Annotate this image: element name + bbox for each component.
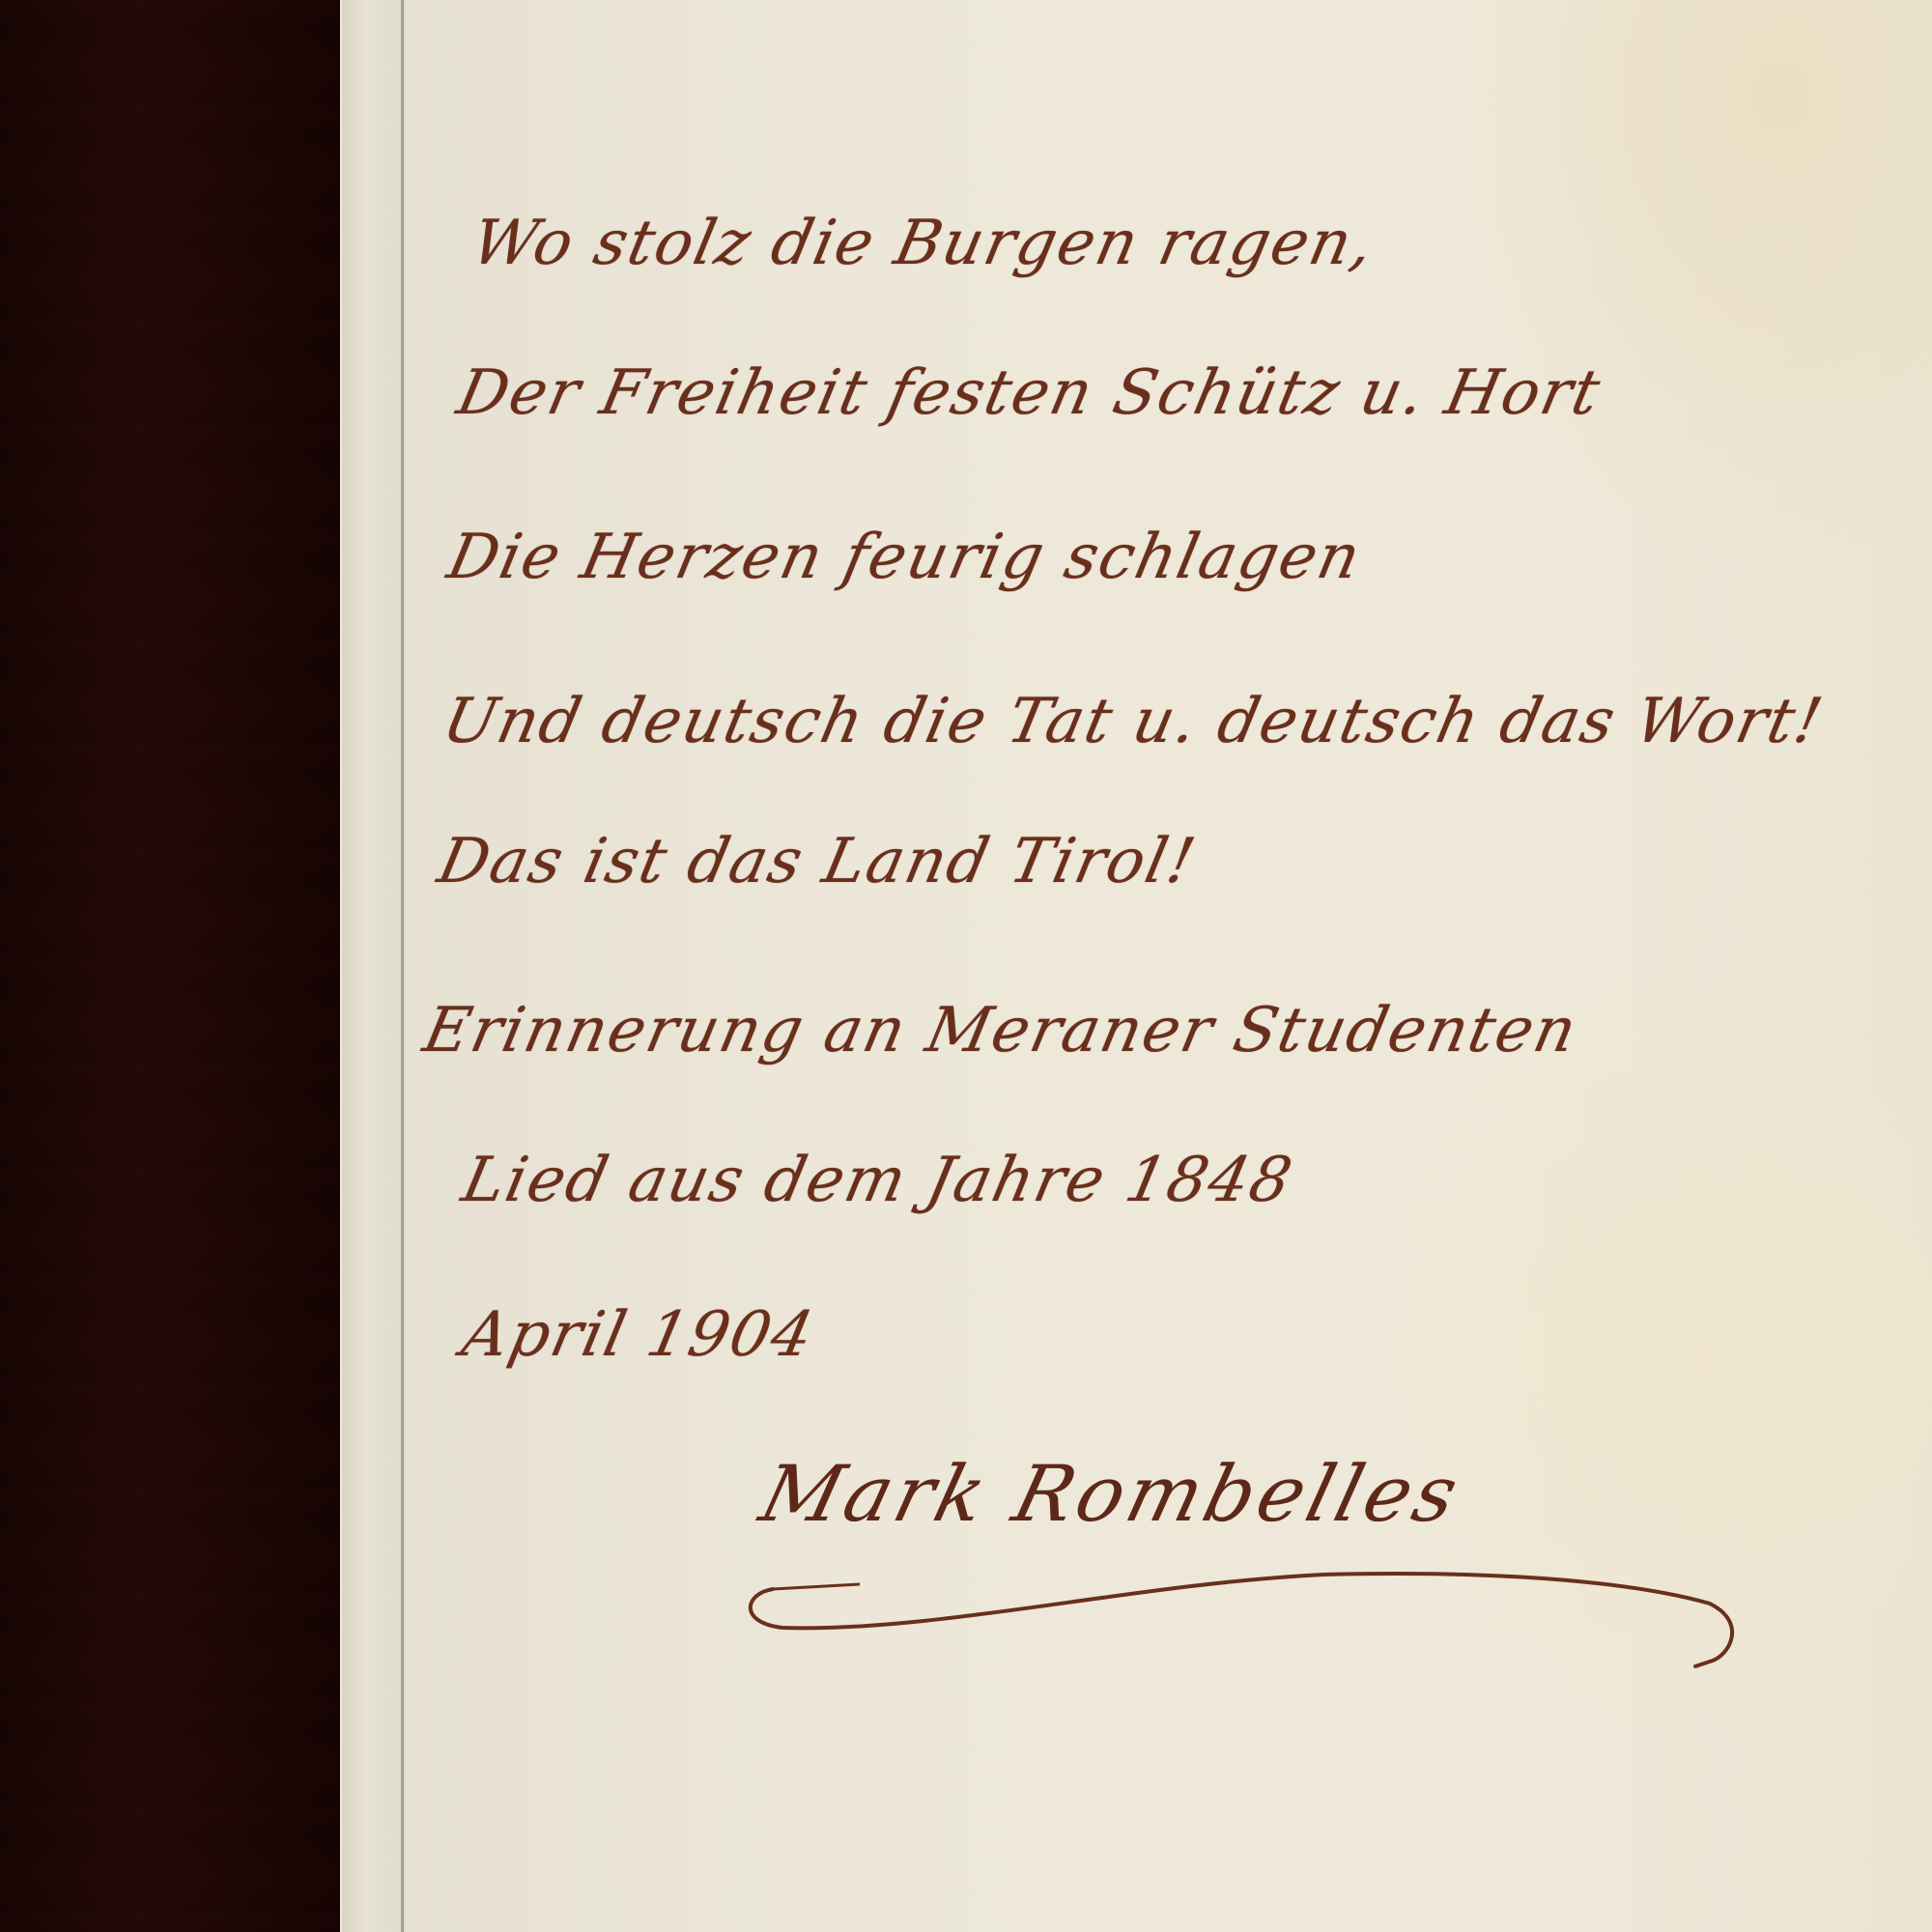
dedication-line: Erinnerung an Meraner Studenten: [417, 995, 1584, 1066]
song-origin-line: Lied aus dem Jahre 1848: [456, 1145, 1299, 1216]
date-line: April 1904: [456, 1299, 821, 1371]
poem-line-1: Wo stolz die Burgen ragen,: [466, 208, 1381, 279]
page-margin-line: [401, 0, 404, 1932]
wooden-table-background: [0, 0, 348, 1932]
page-deckle-edge: [340, 0, 410, 1932]
poem-line-5: Das ist das Land Tirol!: [432, 826, 1203, 897]
signature: Mark Rombelles: [752, 1449, 1469, 1539]
signature-flourish: [744, 1565, 1787, 1681]
poem-line-4: Und deutsch die Tat u. deutsch das Wort!: [437, 686, 1830, 757]
poem-line-3: Die Herzen feurig schlagen: [441, 522, 1368, 593]
poem-line-2: Der Freiheit festen Schütz u. Hort: [451, 357, 1607, 429]
